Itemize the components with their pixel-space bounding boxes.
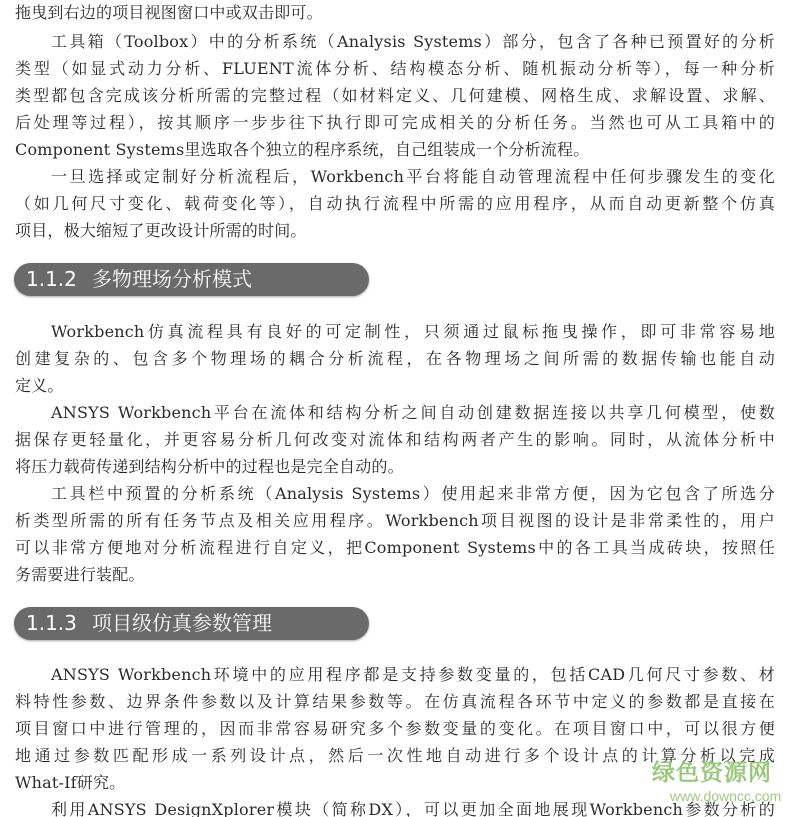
document-page: 拖曳到右边的项目视图窗口中或双击即可。 工具箱（Toolbox）中的分析系统（A… [0, 0, 789, 817]
paragraph-line: 可以非常方便地对分析流程进行自定义，把Component Systems中的各工… [15, 538, 775, 558]
paragraph-line: 工具箱（Toolbox）中的分析系统（Analysis Systems）部分，包… [51, 32, 775, 52]
paragraph-line: 项目，极大缩短了更改设计所需的时间。 [15, 221, 775, 241]
paragraph-line: 料特性参数、边界条件参数以及计算结果参数等。在仿真流程各环节中定义的参数都是直接… [15, 692, 775, 712]
section-heading-1-1-3: 1.1.3 项目级仿真参数管理 [14, 607, 369, 640]
paragraph-line: 项目窗口中进行管理的，因而非常容易研究多个参数变量的变化。在项目窗口中，可以很方… [15, 719, 775, 739]
watermark-url: www.downcc.com [670, 788, 772, 804]
paragraph-line: 定义。 [15, 376, 775, 396]
paragraph-line: ANSYS Workbench环境中的应用程序都是支持参数变量的，包括CAD几何… [51, 665, 775, 685]
paragraph-line: 拖曳到右边的项目视图窗口中或双击即可。 [15, 3, 775, 23]
paragraph-line: 创建复杂的、包含多个物理场的耦合分析流程，在各物理场之间所需的数据传输也能自动 [15, 349, 775, 369]
paragraph-line: 工具栏中预置的分析系统（Analysis Systems）使用起来非常方便，因为… [51, 484, 775, 504]
paragraph-line: ANSYS Workbench平台在流体和结构分析之间自动创建数据连接以共享几何… [51, 403, 775, 423]
paragraph-line: Component Systems里选取各个独立的程序系统，自己组装成一个分析流… [15, 140, 775, 160]
paragraph-line: 据保存更轻量化，并更容易分析几何改变对流体和结构两者产生的影响。同时，从流体分析… [15, 430, 775, 450]
watermark-logo-text: 绿色资源网 [652, 760, 772, 786]
section-heading-1-1-2: 1.1.2 多物理场分析模式 [14, 263, 369, 296]
section-title: 多物理场分析模式 [92, 266, 252, 293]
paragraph-line: 类型都包含完成该分析所需的完整过程（如材料定义、几何建模、网格生成、求解设置、求… [15, 86, 775, 106]
section-number: 1.1.2 [26, 266, 77, 293]
paragraph-line: 类型（如显式动力分析、FLUENT流体分析、结构模态分析、随机振动分析等），每一… [15, 59, 775, 79]
paragraph-line: 务需要进行装配。 [15, 565, 775, 585]
paragraph-line: 析类型所需的所有任务节点及相关应用程序。Workbench项目视图的设计是非常柔… [15, 511, 775, 531]
watermark: 绿色资源网 www.downcc.com [652, 760, 772, 804]
section-number: 1.1.3 [26, 610, 77, 637]
paragraph-line: Workbench仿真流程具有良好的可定制性，只须通过鼠标拖曳操作，即可非常容易… [51, 322, 775, 342]
paragraph-line: 一旦选择或定制好分析流程后，Workbench平台将能自动管理流程中任何步骤发生… [51, 167, 775, 187]
section-title: 项目级仿真参数管理 [92, 610, 272, 637]
paragraph-line: 将压力载荷传递到结构分析中的过程也是完全自动的。 [15, 457, 775, 477]
paragraph-line: （如几何尺寸变化、载荷变化等），自动执行流程中所需的应用程序，从而自动更新整个仿… [15, 194, 775, 214]
paragraph-line: 后处理等过程），按其顺序一步步往下执行即可完成相关的分析任务。当然也可从工具箱中… [15, 113, 775, 133]
